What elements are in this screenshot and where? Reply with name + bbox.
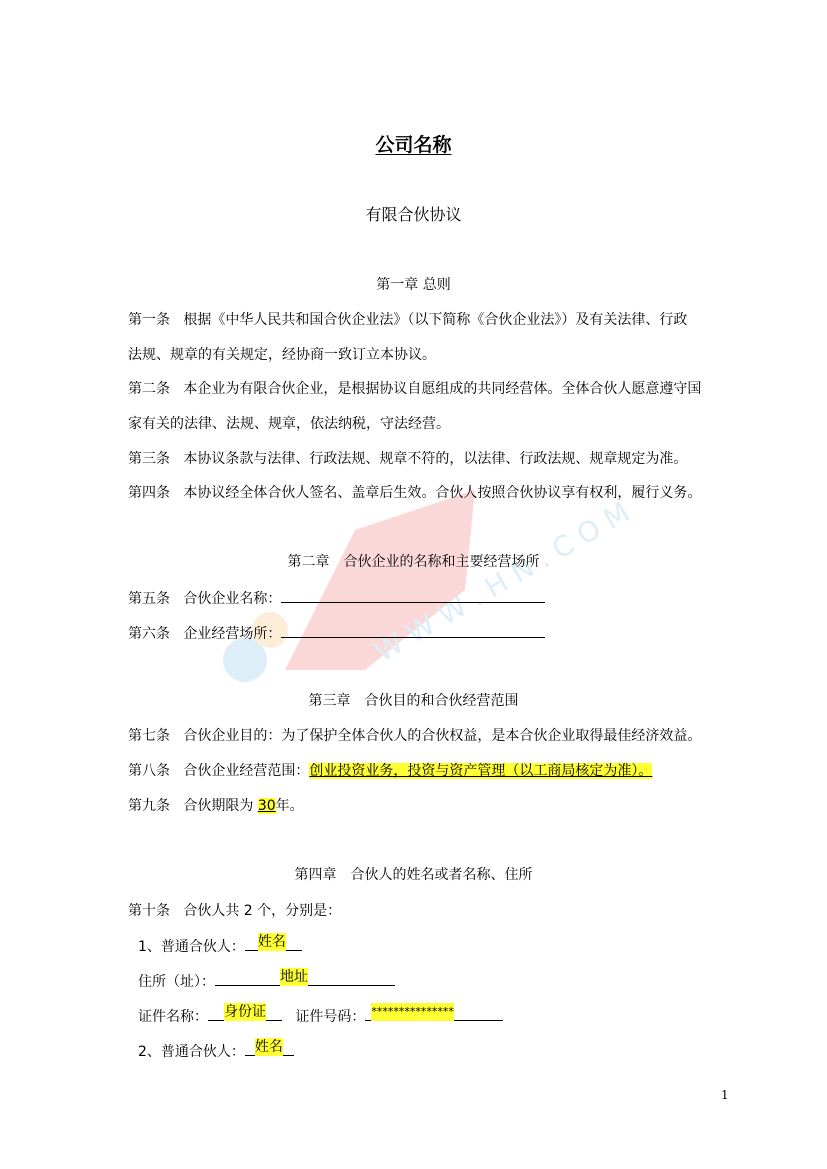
article-4-text: 本协议经全体合伙人签名、盖章后生效。合伙人按照合伙协议享有权利，履行义务。: [183, 485, 701, 501]
id-number-label: 证件号码：: [295, 1009, 365, 1025]
partner-1-label: 1、普通合伙人：: [138, 939, 245, 955]
article-2-text: 本企业为有限合伙企业，是根据协议自愿组成的共同经营体。全体合伙人愿意遵守国: [183, 381, 701, 397]
article-6: 第六条 企业经营场所：: [128, 623, 545, 643]
article-5-label: 第五条: [128, 591, 170, 607]
article-10: 第十条 合伙人共 2 个，分别是：: [128, 902, 341, 920]
address-field[interactable]: 地址: [215, 971, 395, 986]
address-row: 住所（址）：地址: [138, 971, 395, 991]
business-place-field[interactable]: [281, 623, 545, 638]
article-9-label: 第九条: [128, 798, 170, 814]
article-3-label: 第三条: [128, 451, 170, 467]
article-7-label: 第七条: [128, 728, 170, 744]
article-9-suffix: 年。: [276, 798, 304, 814]
article-2: 第二条 本企业为有限合伙企业，是根据协议自愿组成的共同经营体。全体合伙人愿意遵守…: [128, 380, 701, 398]
article-3: 第三条 本协议条款与法律、行政法规、规章不符的，以法律、行政法规、规章规定为准。: [128, 450, 687, 468]
company-name-field[interactable]: [281, 588, 545, 603]
article-6-text: 企业经营场所：: [183, 626, 281, 642]
chapter3-heading: 第三章 合伙目的和合伙经营范围: [0, 692, 827, 710]
article-1: 第一条 根据《中华人民共和国合伙企业法》（以下简称《合伙企业法》）及有关法律、行…: [128, 311, 687, 329]
article-1-text: 根据《中华人民共和国合伙企业法》（以下简称《合伙企业法》）及有关法律、行政: [183, 312, 687, 328]
article-8-label: 第八条: [128, 763, 170, 779]
partner-1-row: 1、普通合伙人：姓名: [138, 936, 302, 956]
term-years-value[interactable]: 30: [258, 798, 276, 814]
chapter4-heading: 第四章 合伙人的姓名或者名称、住所: [0, 866, 827, 884]
address-label: 住所（址）：: [138, 974, 215, 990]
page-number: 1: [721, 1088, 729, 1102]
article-10-label: 第十条: [128, 903, 170, 919]
article-7-text: 合伙企业目的：为了保护全体合伙人的合伙权益，是本合伙企业取得最佳经济效益。: [183, 728, 701, 744]
article-1-cont: 法规、规章的有关规定，经协商一致订立本协议。: [128, 346, 436, 364]
id-row: 证件名称：身份证 证件号码：***************: [138, 1006, 503, 1026]
id-type-field[interactable]: 身份证: [208, 1006, 282, 1021]
id-number-field[interactable]: ***************: [365, 1006, 503, 1021]
article-5: 第五条 合伙企业名称：: [128, 588, 545, 608]
document-page: W W W . H N . C O M 公司名称 有限合伙协议 第一章 总则 第…: [0, 0, 827, 1169]
partner-2-name-field[interactable]: 姓名: [245, 1041, 294, 1056]
article-9-prefix: 合伙期限为: [183, 798, 253, 814]
document-subtitle: 有限合伙协议: [0, 205, 827, 225]
article-1-label: 第一条: [128, 312, 170, 328]
article-7: 第七条 合伙企业目的：为了保护全体合伙人的合伙权益，是本合伙企业取得最佳经济效益…: [128, 727, 701, 745]
partner-2-row: 2、普通合伙人：姓名: [138, 1041, 294, 1061]
article-5-text: 合伙企业名称：: [183, 591, 281, 607]
article-8-text: 合伙企业经营范围：: [183, 763, 309, 779]
article-10-text: 合伙人共 2 个，分别是：: [183, 903, 341, 919]
article-4-label: 第四条: [128, 485, 170, 501]
article-9: 第九条 合伙期限为 30年。: [128, 797, 304, 815]
partner-2-label: 2、普通合伙人：: [138, 1044, 245, 1060]
id-type-label: 证件名称：: [138, 1009, 208, 1025]
business-scope-value[interactable]: 创业投资业务，投资与资产管理（以工商局核定为准）。: [309, 763, 652, 779]
partner-1-name-field[interactable]: 姓名: [245, 936, 302, 951]
chapter1-heading: 第一章 总则: [0, 276, 827, 294]
article-2-label: 第二条: [128, 381, 170, 397]
article-6-label: 第六条: [128, 626, 170, 642]
article-4: 第四条 本协议经全体合伙人签名、盖章后生效。合伙人按照合伙协议享有权利，履行义务…: [128, 484, 701, 502]
article-2-cont: 家有关的法律、法规、规章，依法纳税，守法经营。: [128, 415, 450, 433]
article-8: 第八条 合伙企业经营范围：创业投资业务，投资与资产管理（以工商局核定为准）。: [128, 762, 652, 780]
document-title: 公司名称: [0, 133, 827, 157]
chapter2-heading: 第二章 合伙企业的名称和主要经营场所: [0, 553, 827, 571]
article-3-text: 本协议条款与法律、行政法规、规章不符的，以法律、行政法规、规章规定为准。: [183, 451, 687, 467]
